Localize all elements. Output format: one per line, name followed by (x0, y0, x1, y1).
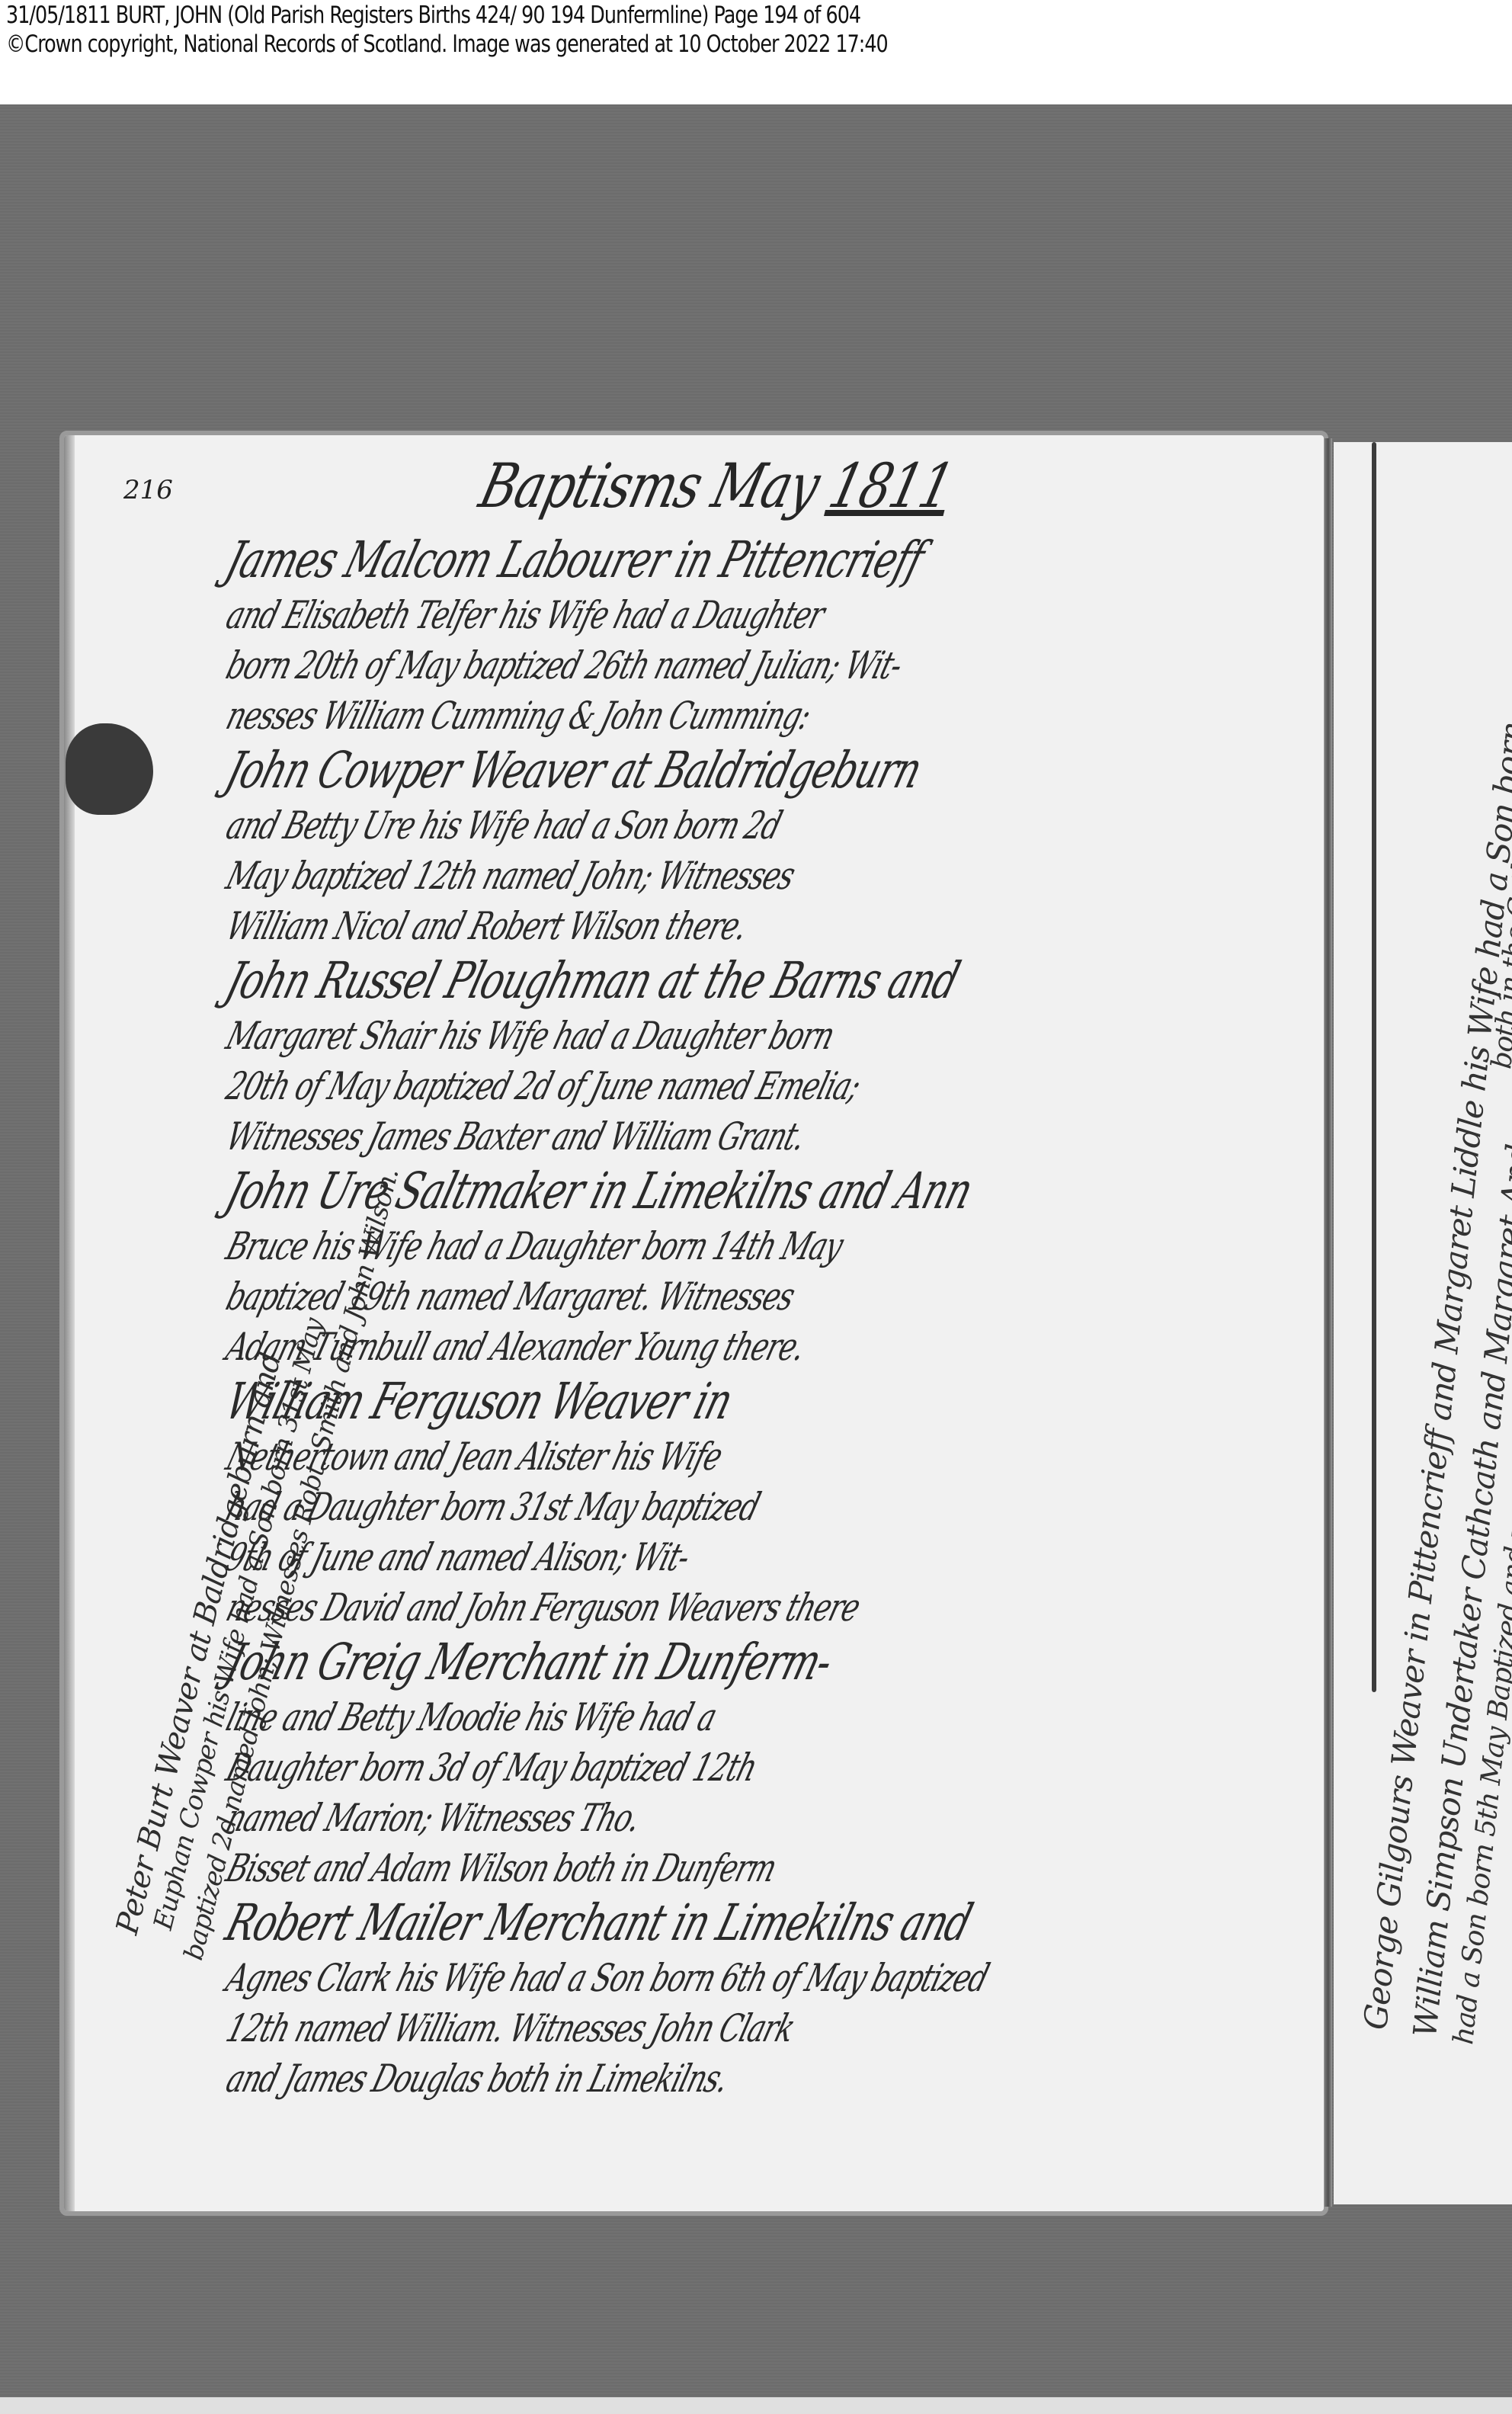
entry-line: 12th named William. Witnesses John Clark (221, 2003, 1036, 2053)
page-heading: Baptisms May 1811 (473, 450, 959, 521)
heading-text: Baptisms May (473, 450, 826, 521)
entry-line: John Russel Ploughman at the Barns and (219, 951, 1037, 1011)
entry-line: Bruce his Wife had a Daughter born 14th … (221, 1221, 1036, 1271)
bottom-strip (0, 2397, 1512, 2414)
entry-line: Adam Turnbull and Alexander Young there. (221, 1322, 1036, 1372)
entry-line: nesses William Cumming & John Cumming: (221, 691, 1036, 741)
entry-line: nesses David and John Ferguson Weavers t… (221, 1582, 1036, 1633)
entry-line: and Betty Ure his Wife had a Son born 2d (221, 800, 1036, 851)
ink-blot (66, 723, 153, 815)
record-header: 31/05/1811 BURT, JOHN (Old Parish Regist… (0, 0, 1512, 104)
entry-line: 9th of June and named Alison; Wit- (221, 1532, 1036, 1582)
entry-line: William Nicol and Robert Wilson there. (221, 901, 1036, 951)
entry-line: William Ferguson Weaver in (219, 1372, 1037, 1431)
entry-line: Robert Mailer Merchant in Limekilns and (219, 1893, 1037, 1953)
entry-line: had a Daughter born 31st May baptized (221, 1482, 1036, 1532)
entry-line: Agnes Clark his Wife had a Son born 6th … (221, 1953, 1036, 2003)
strikethrough-line (1372, 442, 1376, 1692)
baptism-entries: James Malcom Labourer in Pittencrieff an… (228, 531, 1310, 2104)
entry-line: named Marion; Witnesses Tho. (221, 1793, 1036, 1843)
entry-line: Witnesses James Baxter and William Grant… (221, 1111, 1036, 1162)
copyright-notice: ©Crown copyright, National Records of Sc… (6, 30, 888, 58)
register-page-right: George Gilgours Weaver in Pittencrieff a… (1334, 442, 1512, 2204)
entry-line: Margaret Shair his Wife had a Daughter b… (221, 1011, 1036, 1061)
entry-line: line and Betty Moodie his Wife had a (221, 1692, 1036, 1742)
entry-line: John Ure Saltmaker in Limekilns and Ann (219, 1162, 1037, 1221)
entry-line: Daughter born 3d of May baptized 12th (221, 1742, 1036, 1793)
book-gutter (1325, 438, 1332, 2207)
register-page-left: 216 Baptisms May 1811 Peter Burt Weaver … (59, 431, 1328, 2216)
heading-year: 1811 (822, 450, 959, 521)
folio-number: 216 (123, 475, 173, 505)
entry-line: and Elisabeth Telfer his Wife had a Daug… (221, 590, 1036, 640)
entry-line: born 20th of May baptized 26th named Jul… (221, 640, 1036, 691)
entry-line: 20th of May baptized 2d of June named Em… (221, 1061, 1036, 1111)
entry-line: May baptized 12th named John; Witnesses (221, 851, 1036, 901)
record-title: 31/05/1811 BURT, JOHN (Old Parish Regist… (6, 2, 860, 29)
entry-line: John Cowper Weaver at Baldridgeburn (219, 741, 1037, 800)
entry-line: Nethertown and Jean Alister his Wife (221, 1431, 1036, 1482)
entry-line: James Malcom Labourer in Pittencrieff (219, 531, 1037, 590)
entry-line: Bisset and Adam Wilson both in Dunferm (221, 1843, 1036, 1893)
entry-line: baptized 19th named Margaret. Witnesses (221, 1271, 1036, 1322)
entry-line: and James Douglas both in Limekilns. (221, 2053, 1036, 2104)
entry-line: John Greig Merchant in Dunferm- (219, 1633, 1037, 1692)
